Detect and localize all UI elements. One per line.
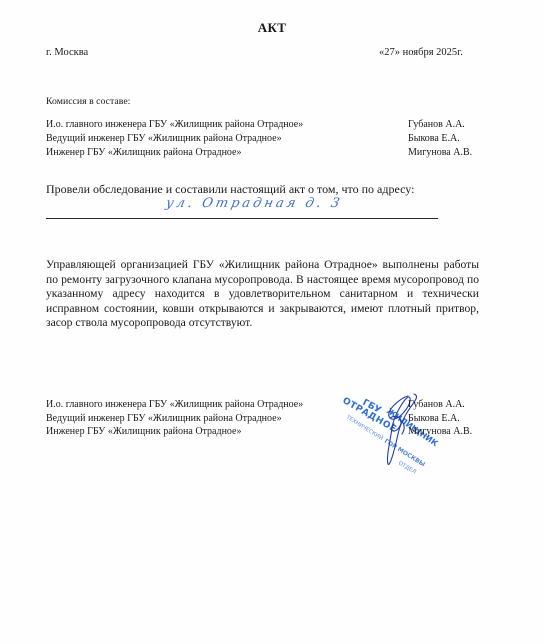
address-underline (46, 218, 438, 219)
commission-names: Губанов А.А. Быкова Е.А. Мигунова А.В. (408, 118, 472, 160)
signatory-position: Ведущий инженер ГБУ «Жилищник района Отр… (46, 412, 303, 426)
document-date: «27» ноября 2025г. (379, 47, 463, 58)
body-paragraph: Управляющей организацией ГБУ «Жилищник р… (46, 258, 479, 331)
signatory-name: Губанов А.А. (408, 398, 472, 412)
document-city: г. Москва (46, 47, 88, 58)
signatory-names: Губанов А.А. Быкова Е.А. Мигунова А.В. (408, 398, 472, 439)
commission-member-position: Ведущий инженер ГБУ «Жилищник района Отр… (46, 132, 303, 146)
signatory-position: Инженер ГБУ «Жилищник района Отрадное» (46, 425, 303, 439)
signatory-positions: И.о. главного инженера ГБУ «Жилищник рай… (46, 398, 303, 439)
commission-member-name: Мигунова А.В. (408, 146, 472, 160)
commission-member-name: Губанов А.А. (408, 118, 472, 132)
intro-text: Провели обследование и составили настоящ… (46, 182, 414, 197)
commission-label: Комиссия в составе: (46, 96, 130, 107)
commission-member-position: И.о. главного инженера ГБУ «Жилищник рай… (46, 118, 303, 132)
signatory-position: И.о. главного инженера ГБУ «Жилищник рай… (46, 398, 303, 412)
document-page: АКТ г. Москва «27» ноября 2025г. Комисси… (0, 0, 544, 644)
signatory-name: Мигунова А.В. (408, 425, 472, 439)
commission-member-name: Быкова Е.А. (408, 132, 472, 146)
document-title: АКТ (0, 20, 544, 36)
commission-positions: И.о. главного инженера ГБУ «Жилищник рай… (46, 118, 303, 160)
address-handwritten: ул. Отрадная д. 3 (164, 196, 343, 211)
signatory-name: Быкова Е.А. (408, 412, 472, 426)
commission-member-position: Инженер ГБУ «Жилищник района Отрадное» (46, 146, 303, 160)
